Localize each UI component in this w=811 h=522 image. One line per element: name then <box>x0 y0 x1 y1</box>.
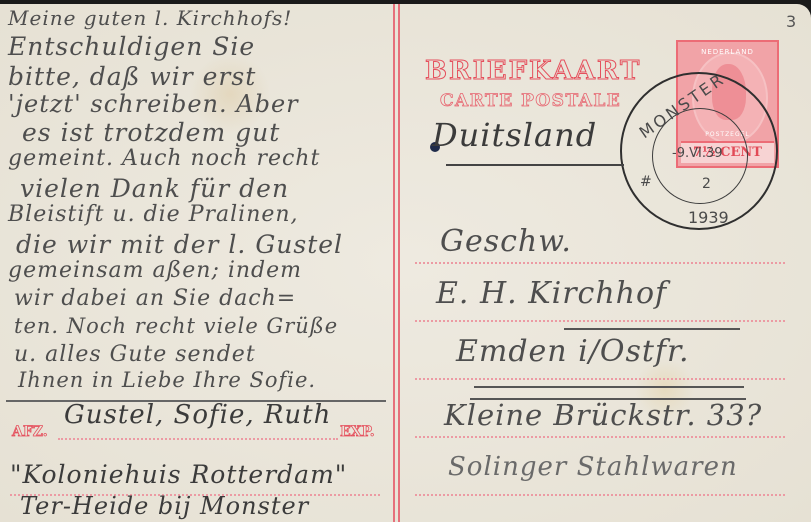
page-number: 3 <box>786 12 796 31</box>
sender-address-line1: "Koloniehuis Rotterdam" <box>10 460 347 489</box>
message-line: bitte, daß wir erst <box>8 62 256 91</box>
postmark-time: 2 <box>702 176 711 192</box>
message-line: Entschuldigen Sie <box>8 32 255 61</box>
message-line: gemeinsam aßen; indem <box>8 258 302 283</box>
recipient-line: Solinger Stahlwaren <box>448 452 738 482</box>
address-dotted-line <box>415 378 785 380</box>
message-line: es ist trotzdem gut <box>22 118 280 147</box>
title-carte-postale: CARTE POSTALE <box>440 91 621 111</box>
message-line: u. alles Gute sendet <box>14 342 256 367</box>
name-underline <box>564 328 740 330</box>
sender-names: Gustel, Sofie, Ruth <box>64 400 331 430</box>
message-line: ten. Noch recht viele Grüße <box>14 314 338 338</box>
message-line: vielen Dank für den <box>20 174 289 203</box>
recipient-line: E. H. Kirchhof <box>436 276 667 311</box>
message-line: Ihnen in Liebe Ihre Sofie. <box>18 368 316 392</box>
title-briefkaart: BRIEFKAART <box>425 56 641 86</box>
address-dotted-line <box>415 320 785 322</box>
postcard: Meine guten l. Kirchhofs! Entschuldigen … <box>0 4 811 522</box>
recipient-country: Duitsland <box>432 116 597 154</box>
message-line: 'jetzt' schreiben. Aber <box>8 90 299 118</box>
address-dotted-line <box>415 262 785 264</box>
recipient-line: Kleine Brückstr. 33? <box>444 398 762 432</box>
message-line: wir dabei an Sie dach= <box>14 286 296 311</box>
sender-address-line2: Ter-Heide bij Monster <box>20 492 309 520</box>
message-line: Meine guten l. Kirchhofs! <box>8 6 292 30</box>
postmark-cross-icon: # <box>640 174 652 190</box>
postmark-year: 1939 <box>688 208 729 227</box>
address-dotted-line <box>415 494 785 496</box>
recipient-line: Emden i/Ostfr. <box>456 334 690 369</box>
message-line: gemeint. Auch noch recht <box>8 146 320 171</box>
message-line: Bleistift u. die Pralinen, <box>8 202 299 227</box>
city-underline <box>474 386 744 388</box>
stamp-country: NEDERLAND <box>678 48 777 56</box>
divider-line <box>398 4 400 522</box>
divider-line <box>393 4 395 522</box>
address-dotted-line <box>415 436 785 438</box>
postmark-date: -9.VI.39 <box>672 146 723 161</box>
recipient-line: Geschw. <box>440 224 572 259</box>
sender-label-exp: EXP. <box>340 424 375 440</box>
message-line: die wir mit der l. Gustel <box>16 230 343 259</box>
sender-dotted-line <box>58 438 338 440</box>
sender-label-afz: AFZ. <box>12 424 48 440</box>
country-underline <box>446 164 624 166</box>
